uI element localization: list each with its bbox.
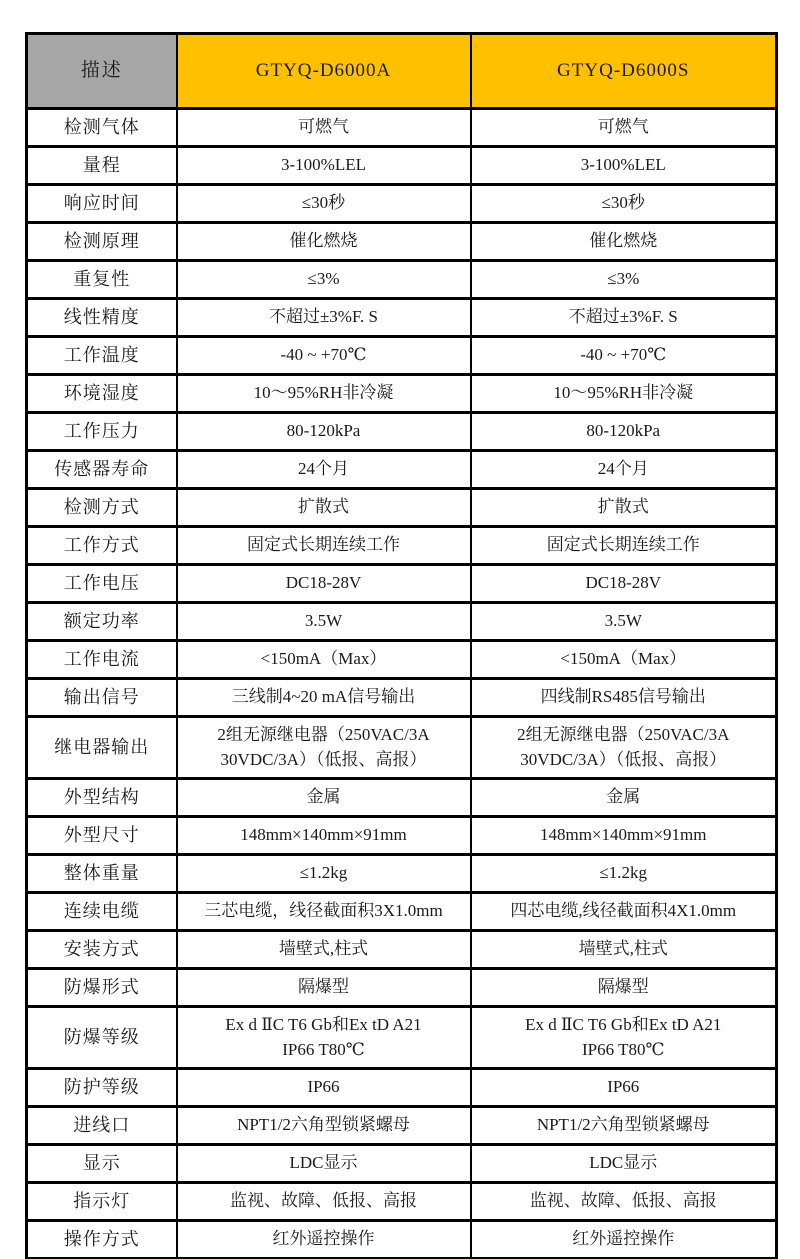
row-value-s: 隔爆型	[471, 969, 777, 1007]
row-label: 重复性	[27, 261, 177, 299]
table-row: 外型尺寸148mm×140mm×91mm148mm×140mm×91mm	[27, 817, 777, 855]
row-value-a: 墙壁式,柱式	[177, 931, 471, 969]
row-label: 量程	[27, 147, 177, 185]
header-model-s: GTYQ-D6000S	[471, 34, 777, 109]
row-label: 工作电流	[27, 641, 177, 679]
row-value-a: 10～95%RH非冷凝	[177, 375, 471, 413]
table-row: 工作方式固定式长期连续工作固定式长期连续工作	[27, 527, 777, 565]
table-row: 进线口NPT1/2六角型锁紧螺母NPT1/2六角型锁紧螺母	[27, 1107, 777, 1145]
table-row: 工作压力80-120kPa80-120kPa	[27, 413, 777, 451]
spec-comparison-table: 描述 GTYQ-D6000A GTYQ-D6000S 检测气体可燃气可燃气量程3…	[25, 32, 778, 1259]
row-value-s: 148mm×140mm×91mm	[471, 817, 777, 855]
row-value-a: 2组无源继电器（250VAC/3A 30VDC/3A）（低报、高报）	[177, 717, 471, 779]
table-row: 响应时间≤30秒≤30秒	[27, 185, 777, 223]
row-label: 工作方式	[27, 527, 177, 565]
row-label: 外型尺寸	[27, 817, 177, 855]
row-value-a: 可燃气	[177, 109, 471, 147]
row-label: 安装方式	[27, 931, 177, 969]
row-label: 连续电缆	[27, 893, 177, 931]
row-value-s: 不超过±3%F. S	[471, 299, 777, 337]
row-label: 额定功率	[27, 603, 177, 641]
row-value-s: 3-100%LEL	[471, 147, 777, 185]
row-label: 工作温度	[27, 337, 177, 375]
table-row: 线性精度不超过±3%F. S不超过±3%F. S	[27, 299, 777, 337]
row-label: 防爆形式	[27, 969, 177, 1007]
row-value-a: 监视、故障、低报、高报	[177, 1183, 471, 1221]
row-value-a: 固定式长期连续工作	[177, 527, 471, 565]
table-row: 检测原理催化燃烧催化燃烧	[27, 223, 777, 261]
table-row: 外型结构金属金属	[27, 779, 777, 817]
header-description: 描述	[27, 34, 177, 109]
spec-table-body: 检测气体可燃气可燃气量程3-100%LEL3-100%LEL响应时间≤30秒≤3…	[27, 109, 777, 1259]
row-value-s: 墙壁式,柱式	[471, 931, 777, 969]
row-value-s: 四芯电缆,线径截面积4X1.0mm	[471, 893, 777, 931]
row-value-a: 红外遥控操作	[177, 1221, 471, 1259]
table-row: 连续电缆三芯电缆，线径截面积3X1.0mm四芯电缆,线径截面积4X1.0mm	[27, 893, 777, 931]
row-label: 工作电压	[27, 565, 177, 603]
row-value-a: ≤30秒	[177, 185, 471, 223]
row-value-s: 监视、故障、低报、高报	[471, 1183, 777, 1221]
row-label: 进线口	[27, 1107, 177, 1145]
row-value-a: 80-120kPa	[177, 413, 471, 451]
row-value-s: 10～95%RH非冷凝	[471, 375, 777, 413]
table-row: 工作电压DC18-28VDC18-28V	[27, 565, 777, 603]
row-value-a: NPT1/2六角型锁紧螺母	[177, 1107, 471, 1145]
row-value-s: DC18-28V	[471, 565, 777, 603]
row-value-a: Ex d ⅡC T6 Gb和Ex tD A21 IP66 T80℃	[177, 1007, 471, 1069]
row-value-a: IP66	[177, 1069, 471, 1107]
row-label: 防爆等级	[27, 1007, 177, 1069]
row-value-s: 红外遥控操作	[471, 1221, 777, 1259]
row-value-s: 3.5W	[471, 603, 777, 641]
row-value-s: 催化燃烧	[471, 223, 777, 261]
table-row: 防爆等级Ex d ⅡC T6 Gb和Ex tD A21 IP66 T80℃Ex …	[27, 1007, 777, 1069]
row-value-a: 148mm×140mm×91mm	[177, 817, 471, 855]
table-row: 防爆形式隔爆型隔爆型	[27, 969, 777, 1007]
row-value-s: 2组无源继电器（250VAC/3A 30VDC/3A）（低报、高报）	[471, 717, 777, 779]
row-value-s: 可燃气	[471, 109, 777, 147]
row-label: 操作方式	[27, 1221, 177, 1259]
row-value-a: <150mA（Max）	[177, 641, 471, 679]
row-value-a: 隔爆型	[177, 969, 471, 1007]
row-label: 整体重量	[27, 855, 177, 893]
table-row: 额定功率3.5W3.5W	[27, 603, 777, 641]
row-label: 环境湿度	[27, 375, 177, 413]
row-value-s: Ex d ⅡC T6 Gb和Ex tD A21 IP66 T80℃	[471, 1007, 777, 1069]
table-row: 检测方式扩散式扩散式	[27, 489, 777, 527]
row-label: 检测气体	[27, 109, 177, 147]
row-value-a: ≤1.2kg	[177, 855, 471, 893]
row-value-s: 四线制RS485信号输出	[471, 679, 777, 717]
table-row: 传感器寿命24个月24个月	[27, 451, 777, 489]
row-value-s: ≤30秒	[471, 185, 777, 223]
row-value-a: 三芯电缆，线径截面积3X1.0mm	[177, 893, 471, 931]
row-label: 检测方式	[27, 489, 177, 527]
table-row: 指示灯监视、故障、低报、高报监视、故障、低报、高报	[27, 1183, 777, 1221]
row-value-a: 24个月	[177, 451, 471, 489]
row-value-s: LDC显示	[471, 1145, 777, 1183]
row-label: 输出信号	[27, 679, 177, 717]
row-value-a: 不超过±3%F. S	[177, 299, 471, 337]
row-value-s: 固定式长期连续工作	[471, 527, 777, 565]
table-row: 工作电流<150mA（Max）<150mA（Max）	[27, 641, 777, 679]
row-value-s: 金属	[471, 779, 777, 817]
row-value-s: IP66	[471, 1069, 777, 1107]
table-row: 显示LDC显示LDC显示	[27, 1145, 777, 1183]
table-row: 整体重量≤1.2kg≤1.2kg	[27, 855, 777, 893]
row-label: 指示灯	[27, 1183, 177, 1221]
row-label: 传感器寿命	[27, 451, 177, 489]
row-label: 线性精度	[27, 299, 177, 337]
header-model-a: GTYQ-D6000A	[177, 34, 471, 109]
row-value-a: ≤3%	[177, 261, 471, 299]
table-row: 安装方式墙壁式,柱式墙壁式,柱式	[27, 931, 777, 969]
row-value-s: <150mA（Max）	[471, 641, 777, 679]
table-row: 工作温度-40 ~ +70℃-40 ~ +70℃	[27, 337, 777, 375]
table-header: 描述 GTYQ-D6000A GTYQ-D6000S	[27, 34, 777, 109]
table-row: 防护等级IP66IP66	[27, 1069, 777, 1107]
row-value-s: ≤3%	[471, 261, 777, 299]
row-value-a: 催化燃烧	[177, 223, 471, 261]
row-value-a: 3-100%LEL	[177, 147, 471, 185]
row-value-s: -40 ~ +70℃	[471, 337, 777, 375]
row-value-s: 24个月	[471, 451, 777, 489]
row-label: 响应时间	[27, 185, 177, 223]
row-value-s: ≤1.2kg	[471, 855, 777, 893]
table-row: 量程3-100%LEL3-100%LEL	[27, 147, 777, 185]
table-row: 环境湿度10～95%RH非冷凝10～95%RH非冷凝	[27, 375, 777, 413]
row-label: 检测原理	[27, 223, 177, 261]
table-row: 重复性≤3%≤3%	[27, 261, 777, 299]
table-row: 操作方式红外遥控操作红外遥控操作	[27, 1221, 777, 1259]
row-value-s: 扩散式	[471, 489, 777, 527]
header-row: 描述 GTYQ-D6000A GTYQ-D6000S	[27, 34, 777, 109]
row-value-a: 3.5W	[177, 603, 471, 641]
row-value-a: LDC显示	[177, 1145, 471, 1183]
table-row: 继电器输出2组无源继电器（250VAC/3A 30VDC/3A）（低报、高报）2…	[27, 717, 777, 779]
page: { "colors":{ "yellow":"#FFC000", "gray":…	[0, 0, 800, 1259]
row-label: 继电器输出	[27, 717, 177, 779]
row-label: 外型结构	[27, 779, 177, 817]
row-value-a: 扩散式	[177, 489, 471, 527]
row-value-s: NPT1/2六角型锁紧螺母	[471, 1107, 777, 1145]
table-row: 输出信号三线制4~20 mA信号输出四线制RS485信号输出	[27, 679, 777, 717]
row-value-a: DC18-28V	[177, 565, 471, 603]
row-label: 工作压力	[27, 413, 177, 451]
row-value-s: 80-120kPa	[471, 413, 777, 451]
row-label: 显示	[27, 1145, 177, 1183]
row-label: 防护等级	[27, 1069, 177, 1107]
row-value-a: -40 ~ +70℃	[177, 337, 471, 375]
row-value-a: 三线制4~20 mA信号输出	[177, 679, 471, 717]
row-value-a: 金属	[177, 779, 471, 817]
table-row: 检测气体可燃气可燃气	[27, 109, 777, 147]
